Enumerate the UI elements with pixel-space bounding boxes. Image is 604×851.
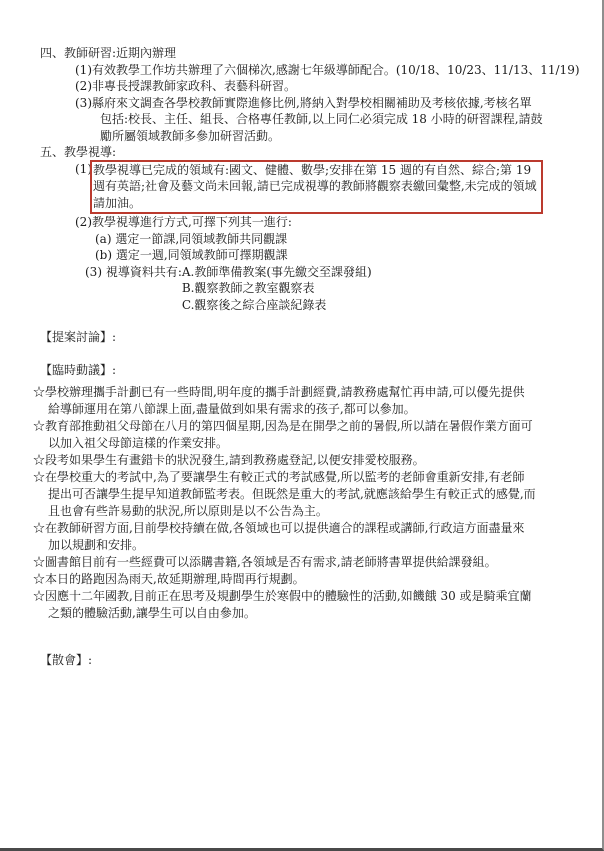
proposals-heading: 【提案討論】: (40, 329, 576, 346)
adjourn-heading: 【散會】: (40, 652, 576, 669)
motions-list: ☆學校辦理攜手計劃已有一些時間,明年度的攜手計劃經費,請教務處幫忙再申請,可以優… (33, 384, 576, 622)
motion-item-line: ☆段考如果學生有畫錯卡的狀況發生,請到教務處登記,以便安排愛校服務。 (33, 452, 576, 469)
motion-item-line: 以加入祖父母節這樣的作業安排。 (33, 435, 576, 452)
section5-item3-b: B.觀察教師之教室觀察表 (182, 280, 372, 297)
section5-item2a: (a) 選定一節課,同領域教師共同觀課 (95, 231, 576, 248)
section5-item1: (1) 教學視導已完成的領域有:國文、健體、數學;安排在第 15 週的有自然、綜… (75, 161, 576, 215)
motion-item-line: ☆教育部推動祖父母節在八月的第四個星期,因為是在開學之前的暑假,所以請在暑假作業… (33, 418, 576, 435)
highlight-box: 教學視導已完成的領域有:國文、健體、數學;安排在第 15 週的有自然、綜合;第 … (90, 160, 543, 215)
motions-heading: 【臨時動議】: (40, 362, 576, 379)
motion-item-line: 且也會有些許易動的狀況,所以原則是以不公告為主。 (33, 503, 576, 520)
section4-item3-line1: (3)縣府來文調查各學校教師實際進修比例,將納入對學校相關補助及考核依據,考核名… (75, 95, 576, 112)
section5-item1-line3: 請加油。 (93, 195, 537, 212)
motion-item-line: ☆在學校重大的考試中,為了要讓學生有較正式的考試感覺,所以監考的老師會重新安排,… (33, 469, 576, 486)
section5-item3-list: A.教師準備教案(事先繳交至課發組) B.觀察教師之教室觀察表 C.觀察後之綜合… (182, 264, 372, 314)
motion-item-line: ☆在教師研習方面,目前學校持續在做,各領域也可以提供適合的課程或講師,行政這方面… (33, 520, 576, 537)
section4-item3-line3: 勵所屬領域教師多參加研習活動。 (100, 128, 576, 145)
motion-item-line: 提出可否讓學生提早知道教師監考表。但既然是重大的考試,就應該給學生有較正式的感覺… (33, 486, 576, 503)
section5-item3-a: A.教師準備教案(事先繳交至課發組) (182, 264, 372, 281)
section5-item1-line1: 教學視導已完成的領域有:國文、健體、數學;安排在第 15 週的有自然、綜合;第 … (93, 162, 537, 179)
section5-item3: (3) 視導資料共有: A.教師準備教案(事先繳交至課發組) B.觀察教師之教室… (85, 264, 576, 314)
section5-item2b: (b) 選定一週,同領域教師可擇期觀課 (95, 247, 576, 264)
motion-item-line: ☆學校辦理攜手計劃已有一些時間,明年度的攜手計劃經費,請教務處幫忙再申請,可以優… (33, 384, 576, 401)
scanned-document: { "colors": { "highlight_box": "#bb3a2e"… (0, 0, 604, 851)
section5-item3-c: C.觀察後之綜合座談紀錄表 (182, 297, 372, 314)
document-page: 四、教師研習:近期內辦理 (1)有效教學工作坊共辦理了六個梯次,感謝七年級導師配… (0, 0, 602, 669)
motion-item-line: 之類的體驗活動,讓學生可以自由參加。 (33, 605, 576, 622)
section4-item1: (1)有效教學工作坊共辦理了六個梯次,感謝七年級導師配合。(10/18、10/2… (75, 62, 576, 79)
section4-item3-line2: 包括:校長、主任、組長、合格專任教師,以上同仁必須完成 18 小時的研習課程,請… (100, 111, 576, 128)
motion-item-line: ☆因應十二年國教,目前正在思考及規劃學生於寒假中的體驗性的活動,如饑餓 30 或… (33, 588, 576, 605)
section5-item3-label: (3) 視導資料共有: (85, 264, 182, 281)
section5-item2: (2)教學視導進行方式,可擇下列其一進行: (75, 214, 576, 231)
section4-item2: (2)非專長授課教師家政科、表藝科研習。 (75, 78, 576, 95)
motion-item-line: ☆本日的路跑因為雨天,故延期辦理,時間再行規劃。 (33, 571, 576, 588)
motion-item-line: 給導師運用在第八節課上面,盡量做到如果有需求的孩子,都可以參加。 (33, 401, 576, 418)
section5-heading: 五、教學視導: (40, 144, 576, 161)
motion-item-line: ☆圖書館目前有一些經費可以添購書籍,各領域是否有需求,請老師將書單提供給課發組。 (33, 554, 576, 571)
section4-heading: 四、教師研習:近期內辦理 (40, 45, 576, 62)
section5-item1-line2: 週有英語;社會及藝文尚未回報,請已完成視導的教師將觀察表繳回彙整,未完成的領域 (93, 178, 537, 195)
motion-item-line: 加以規劃和安排。 (33, 537, 576, 554)
